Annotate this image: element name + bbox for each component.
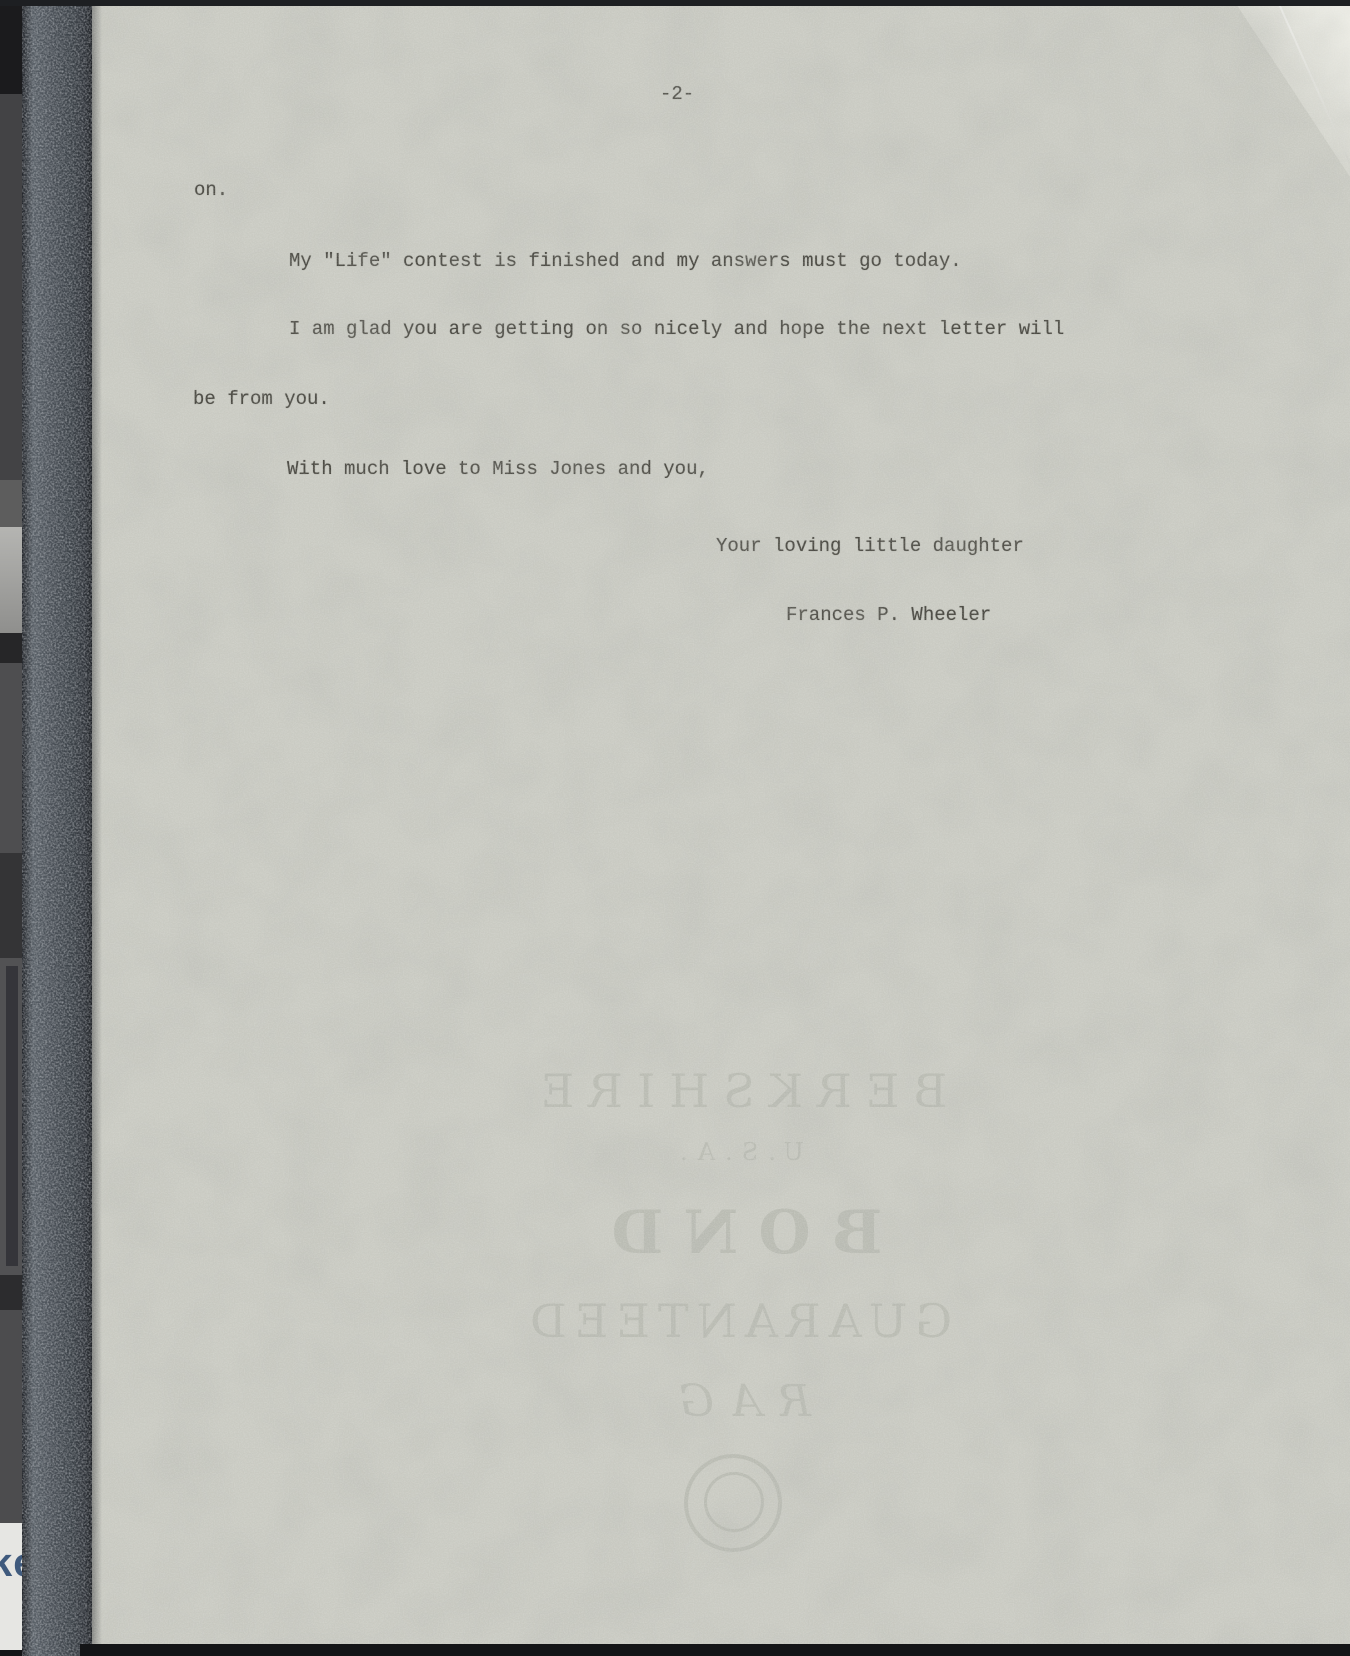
letter-page: BERKSHIRE U.S.A. BOND GUARANTEED RAG -2-… <box>92 6 1350 1644</box>
letter-valediction: Your loving little daughter <box>716 534 1024 558</box>
letter-line-contest: My "Life" contest is finished and my ans… <box>289 249 962 273</box>
album-binding-spine <box>22 0 92 1656</box>
scan-edge-bottom <box>80 1644 1350 1656</box>
page-gutter-shadow <box>92 6 102 1644</box>
letter-signature: Frances P. Wheeler <box>786 603 991 627</box>
watermark-material: RAG <box>422 1376 1052 1427</box>
letter-line-carryover: on. <box>194 178 228 202</box>
letter-line-closing: With much love to Miss Jones and you, <box>287 457 709 481</box>
watermark-guarantee: GUARANTEED <box>422 1294 1052 1348</box>
paper-watermark: BERKSHIRE U.S.A. BOND GUARANTEED RAG <box>422 1046 1052 1566</box>
watermark-emblem-icon <box>684 1454 782 1552</box>
page-number: -2- <box>660 82 694 106</box>
scan-edge-top <box>0 0 1350 6</box>
watermark-grade: BOND <box>422 1198 1052 1268</box>
page-corner-fold <box>1200 6 1350 196</box>
letter-line-glad: I am glad you are getting on so nicely a… <box>289 317 1064 341</box>
letter-line-from-you: be from you. <box>193 387 330 411</box>
watermark-brand: BERKSHIRE <box>422 1064 1052 1118</box>
watermark-origin: U.S.A. <box>422 1138 1052 1166</box>
